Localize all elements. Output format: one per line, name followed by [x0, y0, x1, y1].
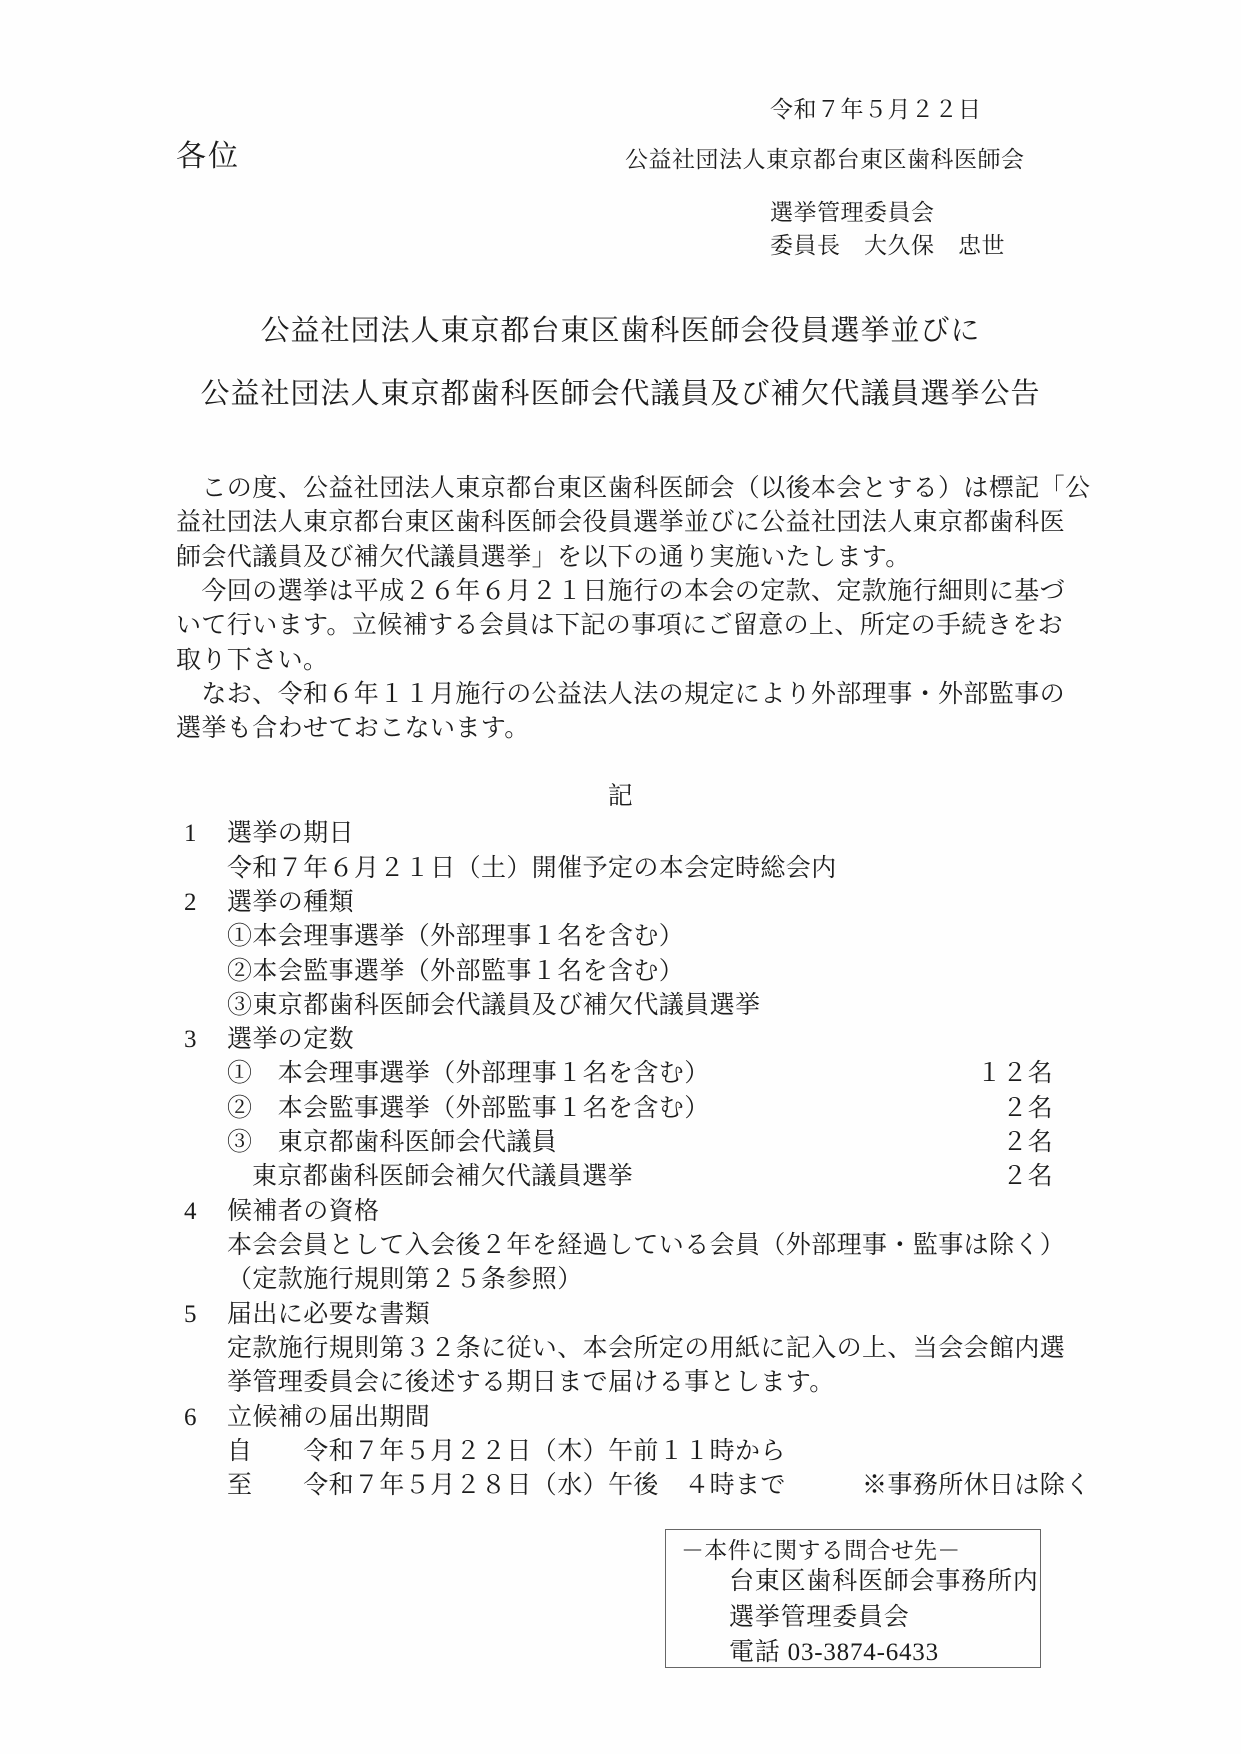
quota-row-label: ① 本会理事選挙（外部理事１名を含む） [227, 1060, 710, 1089]
item-2-number: 2 [184, 889, 197, 918]
item-6-line: 自 令和７年５月２２日（木）午前１１時から [227, 1438, 786, 1467]
item-2-line: ①本会理事選挙（外部理事１名を含む） [227, 923, 684, 952]
paragraph-line: 今回の選挙は平成２６年６月２１日施行の本会の定款、定款施行細則に基づ [176, 578, 1065, 607]
item-5-title: 届出に必要な書類 [227, 1301, 430, 1330]
paragraph-line: なお、令和６年１１月施行の公益法人法の規定により外部理事・外部監事の [176, 681, 1065, 710]
doc-date: 令和７年５月２２日 [770, 97, 982, 123]
item-4-title: 候補者の資格 [227, 1198, 379, 1227]
contact-line: 選挙管理委員会 [729, 1604, 910, 1632]
item-2-title: 選挙の種類 [227, 889, 354, 918]
paragraph-line: 益社団法人東京都台東区歯科医師会役員選挙並びに公益社団法人東京都歯科医 [176, 509, 1065, 538]
item-1-title: 選挙の期日 [227, 820, 354, 849]
quota-row-label: ③ 東京都歯科医師会代議員 [227, 1129, 557, 1158]
contact-line: 台東区歯科医師会事務所内 [729, 1568, 1039, 1596]
issuer-chair: 委員長 大久保 忠世 [770, 233, 1005, 259]
quota-row-count: ２名 [1002, 1095, 1053, 1124]
item-6-title: 立候補の届出期間 [227, 1404, 430, 1433]
item-4-line: （定款施行規則第２５条参照） [227, 1266, 583, 1295]
document-page: 令和７年５月２２日 各位 公益社団法人東京都台東区歯科医師会 選挙管理委員会 委… [0, 0, 1241, 1754]
item-3-number: 3 [184, 1026, 197, 1055]
paragraph-line: 師会代議員及び補欠代議員選挙」を以下の通り実施いたします。 [176, 544, 911, 573]
issuer-committee: 選挙管理委員会 [770, 200, 935, 226]
item-6-line: 至 令和７年５月２８日（水）午後 ４時まで ※事務所休日は除く [227, 1472, 1091, 1501]
item-1-number: 1 [184, 820, 197, 849]
doc-title-line-1: 公益社団法人東京都台東区歯科医師会役員選挙並びに [260, 315, 980, 348]
paragraph-line: 取り下さい。 [176, 647, 328, 676]
paragraph-line: この度、公益社団法人東京都台東区歯科医師会（以後本会とする）は標記「公 [176, 475, 1090, 504]
item-4-number: 4 [184, 1198, 197, 1227]
item-4-line: 本会会員として入会後２年を経過している会員（外部理事・監事は除く） [227, 1232, 1065, 1261]
quota-row-count: ２名 [1002, 1163, 1053, 1192]
quota-row-label: 東京都歯科医師会補欠代議員選挙 [252, 1163, 633, 1192]
paragraph-line: いて行います。立候補する会員は下記の事項にご留意の上、所定の手続きをお [176, 612, 1063, 641]
item-5-line: 定款施行規則第３２条に従い、本会所定の用紙に記入の上、当会会館内選 [227, 1335, 1065, 1364]
quota-row-count: ２名 [1002, 1129, 1053, 1158]
item-5-number: 5 [184, 1301, 197, 1330]
item-5-line: 挙管理委員会に後述する期日まで届ける事とします。 [227, 1369, 835, 1398]
item-3-title: 選挙の定数 [227, 1026, 354, 1055]
quota-row-label: ② 本会監事選挙（外部監事１名を含む） [227, 1095, 710, 1124]
paragraph-line: 選挙も合わせておこないます。 [176, 715, 530, 744]
quota-row-count: １２名 [977, 1060, 1053, 1089]
record-mark: 記 [608, 783, 633, 812]
doc-title-line-2: 公益社団法人東京都歯科医師会代議員及び補欠代議員選挙公告 [200, 378, 1040, 411]
contact-heading: －本件に関する問合せ先－ [681, 1538, 961, 1563]
item-2-line: ②本会監事選挙（外部監事１名を含む） [227, 958, 684, 987]
contact-phone: 電話 03-3874-6433 [729, 1639, 939, 1667]
issuer-org: 公益社団法人東京都台東区歯科医師会 [625, 147, 1025, 173]
recipient: 各位 [176, 140, 240, 175]
contact-box: －本件に関する問合せ先－ 台東区歯科医師会事務所内 選挙管理委員会 電話 03-… [665, 1529, 1041, 1668]
item-6-number: 6 [184, 1404, 197, 1433]
item-2-line: ③東京都歯科医師会代議員及び補欠代議員選挙 [227, 992, 760, 1021]
item-1-line: 令和７年６月２１日（土）開催予定の本会定時総会内 [227, 855, 837, 884]
